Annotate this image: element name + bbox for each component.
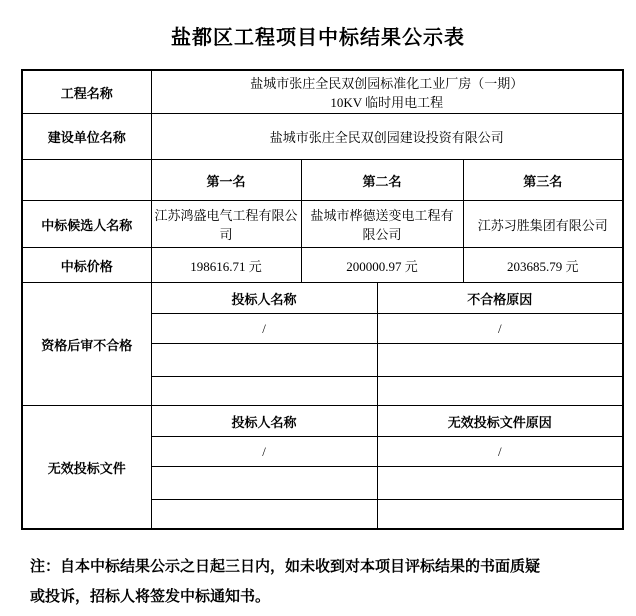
post-qualification-reason-header: 不合格原因 xyxy=(377,283,623,314)
candidates-row: 中标候选人名称 江苏鸿盛电气工程有限公司 盐城市桦德送变电工程有限公司 江苏习胜… xyxy=(22,201,623,248)
rank-2-header: 第二名 xyxy=(301,160,463,201)
post-qualification-bidder-header: 投标人名称 xyxy=(151,283,377,314)
post-qualification-header-row: 资格后审不合格 投标人名称 不合格原因 xyxy=(22,283,623,314)
invalid-documents-bidder-cell xyxy=(151,500,377,530)
project-name-row: 工程名称 盐城市张庄全民双创园标准化工业厂房（一期） 10KV 临时用电工程 xyxy=(22,70,623,114)
post-qualification-reason-cell xyxy=(377,377,623,406)
post-qualification-bidder-cell: / xyxy=(151,314,377,344)
ranking-empty-cell xyxy=(22,160,151,201)
post-qualification-bidder-cell xyxy=(151,377,377,406)
post-qualification-bidder-cell xyxy=(151,344,377,377)
price-2-cell: 200000.97 元 xyxy=(301,248,463,283)
rank-3-header: 第三名 xyxy=(463,160,623,201)
post-qualification-reason-cell: / xyxy=(377,314,623,344)
price-label: 中标价格 xyxy=(22,248,151,283)
invalid-documents-bidder-cell: / xyxy=(151,437,377,467)
post-qualification-reason-cell xyxy=(377,344,623,377)
invalid-documents-reason-cell xyxy=(377,467,623,500)
invalid-documents-header-row: 无效投标文件 投标人名称 无效投标文件原因 xyxy=(22,406,623,437)
builder-row: 建设单位名称 盐城市张庄全民双创园建设投资有限公司 xyxy=(22,114,623,160)
bid-result-notice-page: 盐都区工程项目中标结果公示表 工程名称 盐城市张庄全民双创园标准化工业厂房（一期… xyxy=(0,0,636,616)
candidate-2-cell: 盐城市桦德送变电工程有限公司 xyxy=(301,201,463,248)
project-name-line1: 盐城市张庄全民双创园标准化工业厂房（一期） xyxy=(155,73,620,92)
footer-note-line1: 注：自本中标结果公示之日起三日内，如未收到对本项目评标结果的书面质疑 xyxy=(30,552,615,582)
post-qualification-label: 资格后审不合格 xyxy=(22,283,151,406)
ranking-header-row: 第一名 第二名 第三名 xyxy=(22,160,623,201)
invalid-documents-reason-cell: / xyxy=(377,437,623,467)
bid-result-table: 工程名称 盐城市张庄全民双创园标准化工业厂房（一期） 10KV 临时用电工程 建… xyxy=(21,69,624,530)
builder-label: 建设单位名称 xyxy=(22,114,151,160)
project-name-label: 工程名称 xyxy=(22,70,151,114)
project-name-value-cell: 盐城市张庄全民双创园标准化工业厂房（一期） 10KV 临时用电工程 xyxy=(151,70,623,114)
invalid-documents-label: 无效投标文件 xyxy=(22,406,151,530)
footer-note: 注：自本中标结果公示之日起三日内，如未收到对本项目评标结果的书面质疑 或投诉，招… xyxy=(30,552,615,612)
invalid-documents-reason-cell xyxy=(377,500,623,530)
project-name-line2: 10KV 临时用电工程 xyxy=(155,92,620,111)
price-1-cell: 198616.71 元 xyxy=(151,248,301,283)
candidate-3-cell: 江苏习胜集团有限公司 xyxy=(463,201,623,248)
price-row: 中标价格 198616.71 元 200000.97 元 203685.79 元 xyxy=(22,248,623,283)
candidate-1-cell: 江苏鸿盛电气工程有限公司 xyxy=(151,201,301,248)
invalid-documents-bidder-cell xyxy=(151,467,377,500)
invalid-documents-reason-header: 无效投标文件原因 xyxy=(377,406,623,437)
footer-note-line2: 或投诉，招标人将签发中标通知书。 xyxy=(30,582,615,612)
candidates-label: 中标候选人名称 xyxy=(22,201,151,248)
invalid-documents-bidder-header: 投标人名称 xyxy=(151,406,377,437)
page-title: 盐都区工程项目中标结果公示表 xyxy=(0,0,636,50)
price-3-cell: 203685.79 元 xyxy=(463,248,623,283)
builder-value-cell: 盐城市张庄全民双创园建设投资有限公司 xyxy=(151,114,623,160)
rank-1-header: 第一名 xyxy=(151,160,301,201)
